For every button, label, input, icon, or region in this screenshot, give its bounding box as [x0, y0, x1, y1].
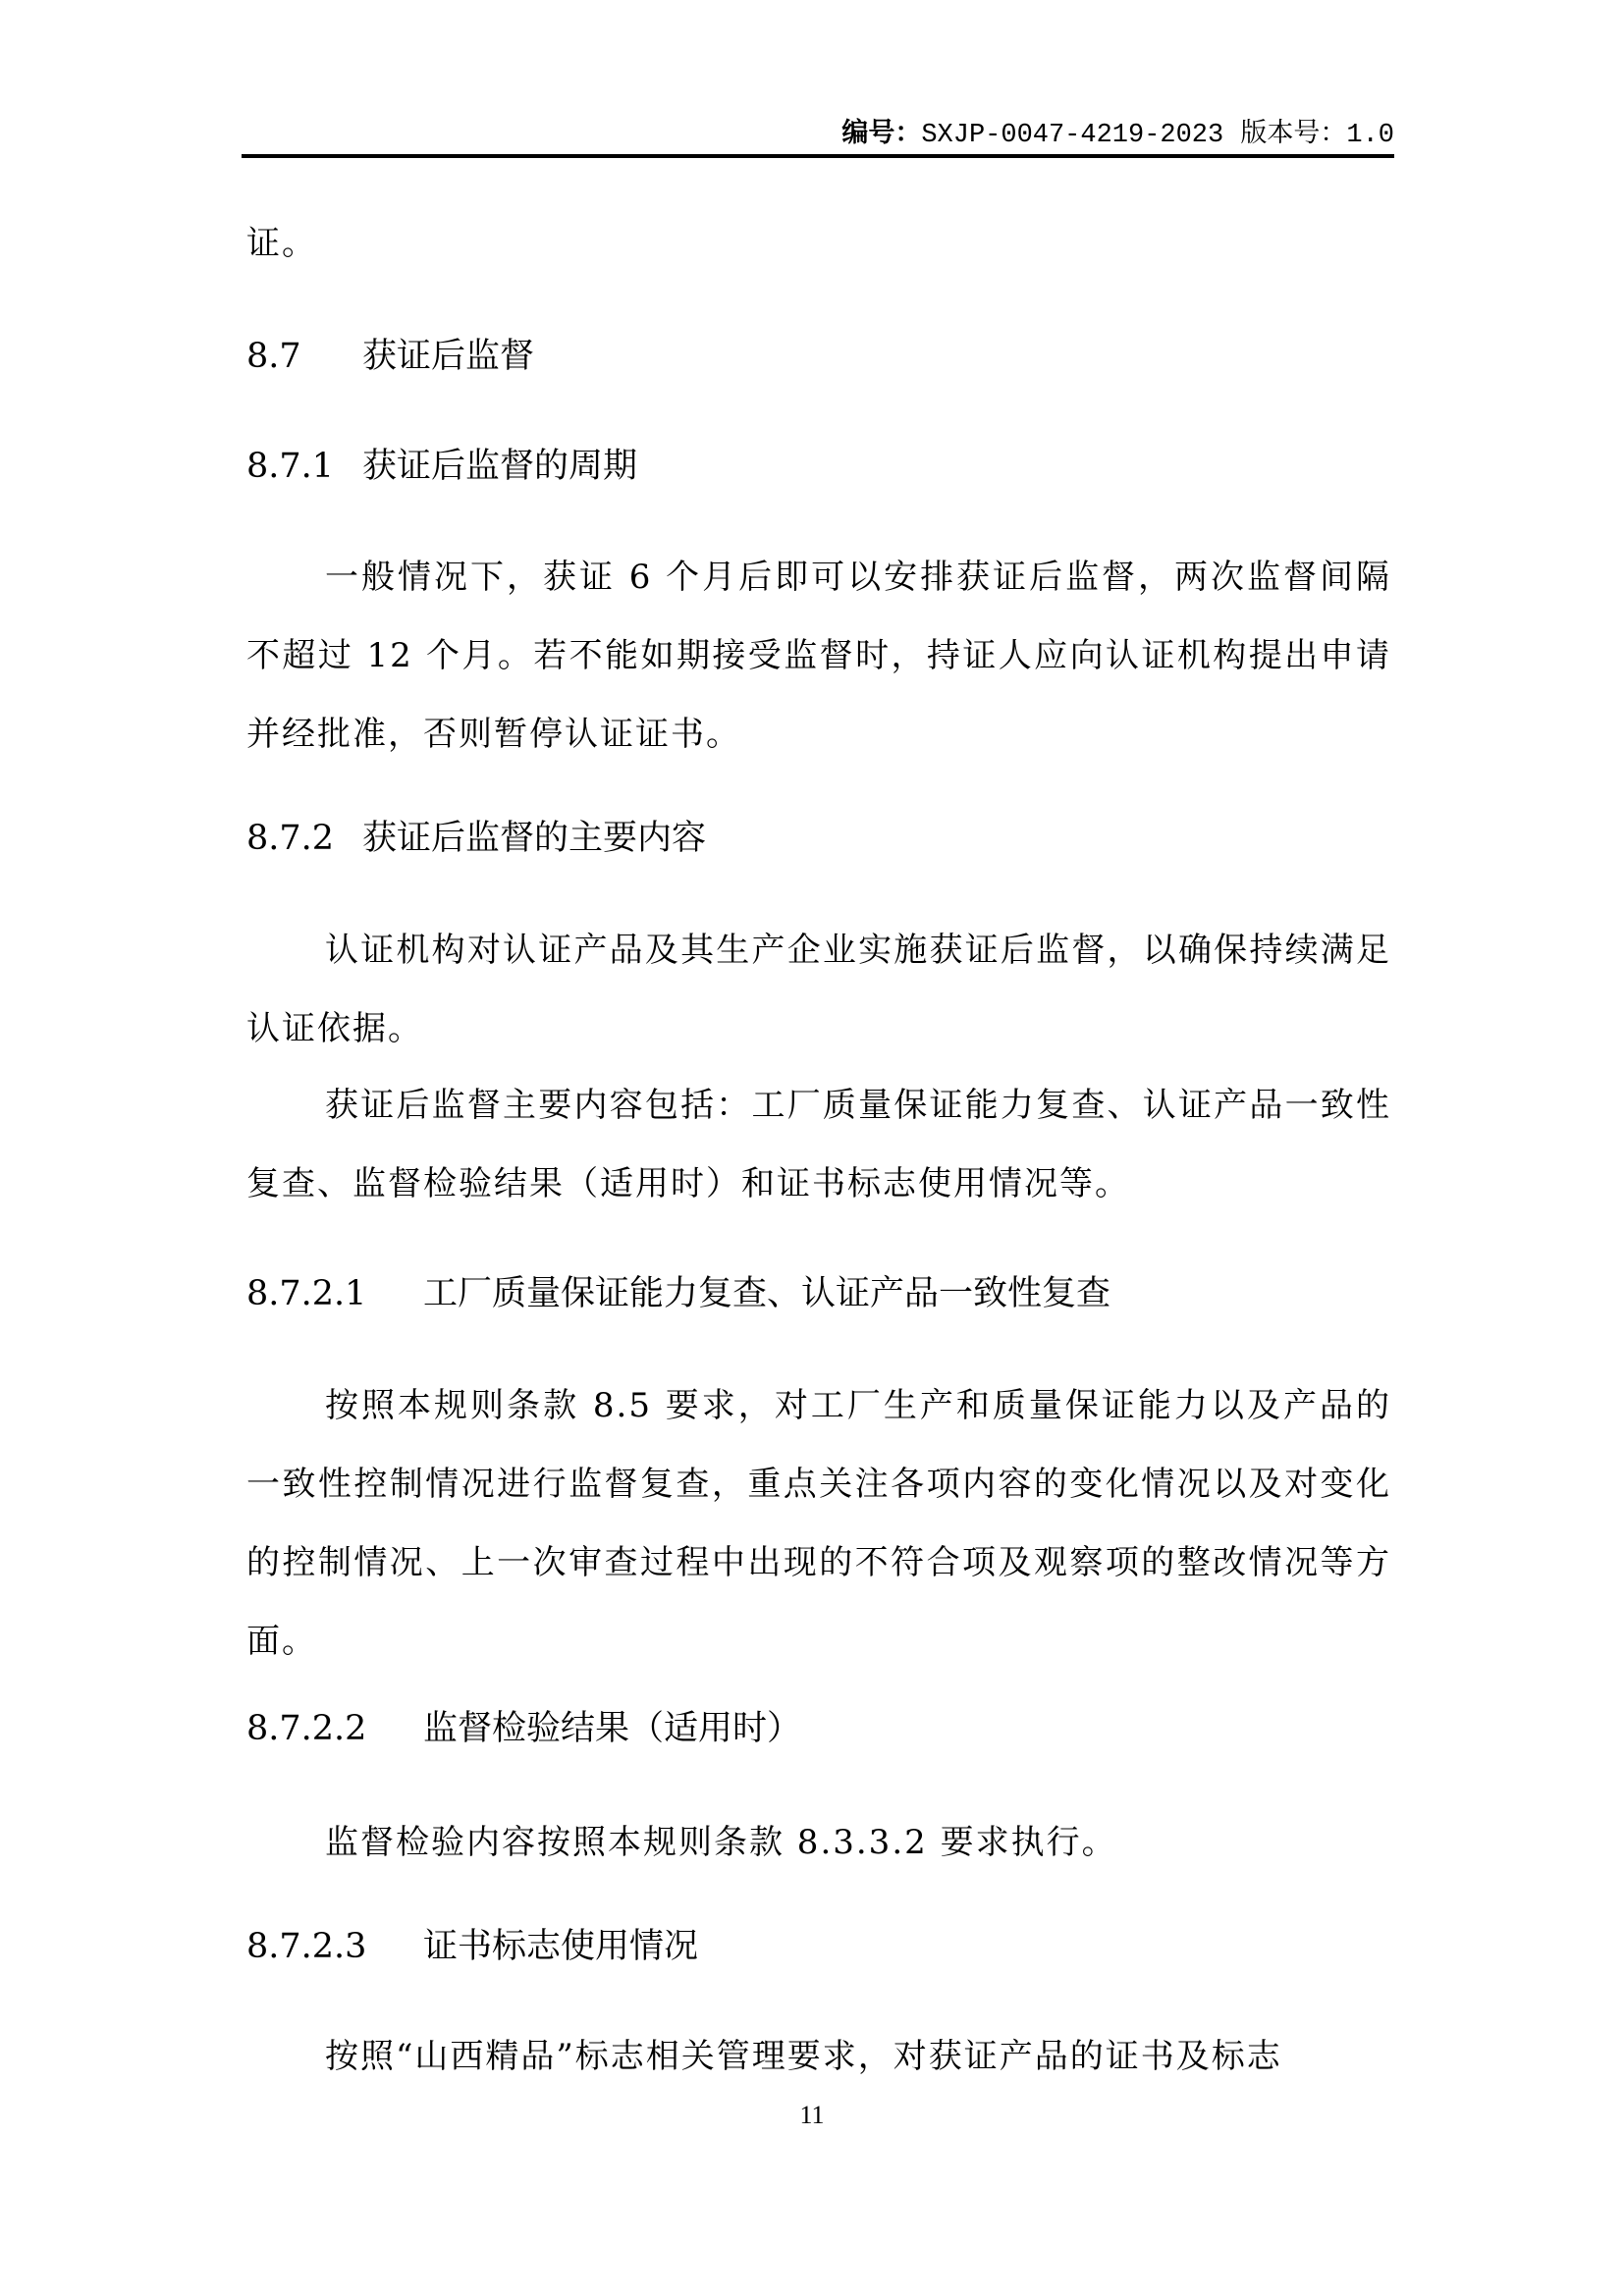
- paragraph-supervision-purpose: 认证机构对认证产品及其生产企业实施获证后监督，以确保持续满足认证依据。: [246, 911, 1391, 1068]
- section-title: 监督检验结果（适用时）: [423, 1709, 801, 1748]
- section-number: 8.7: [246, 337, 362, 376]
- section-heading-8-7-2-1: 8.7.2.1工厂质量保证能力复查、认证产品一致性复查: [246, 1274, 1391, 1313]
- paragraph-inspection-results: 监督检验内容按照本规则条款 8.3.3.2 要求执行。: [246, 1803, 1391, 1882]
- paragraph-factory-review: 按照本规则条款 8.5 要求，对工厂生产和质量保证能力以及产品的一致性控制情况进…: [246, 1366, 1391, 1681]
- section-title: 获证后监督的周期: [362, 447, 637, 486]
- section-number: 8.7.2.1: [246, 1274, 423, 1313]
- paragraph-certificate-mark-usage: 按照“山西精品”标志相关管理要求，对获证产品的证书及标志: [246, 2017, 1391, 2096]
- page-header: 编号：SXJP-0047-4219-2023 版本号：1.0: [242, 116, 1394, 153]
- section-heading-8-7: 8.7获证后监督: [246, 337, 1391, 376]
- section-heading-8-7-2-2: 8.7.2.2监督检验结果（适用时）: [246, 1709, 1391, 1748]
- section-number: 8.7.2.2: [246, 1709, 423, 1748]
- paragraph-supervision-content: 获证后监督主要内容包括：工厂质量保证能力复查、认证产品一致性复查、监督检验结果（…: [246, 1066, 1391, 1223]
- section-heading-8-7-2-3: 8.7.2.3证书标志使用情况: [246, 1927, 1391, 1966]
- page-number: 11: [0, 2101, 1624, 2130]
- section-number: 8.7.2: [246, 819, 362, 858]
- section-heading-8-7-1: 8.7.1获证后监督的周期: [246, 447, 1391, 486]
- section-title: 获证后监督的主要内容: [362, 819, 706, 858]
- section-heading-8-7-2: 8.7.2获证后监督的主要内容: [246, 819, 1391, 858]
- document-number: SXJP-0047-4219-2023: [921, 121, 1223, 150]
- section-title: 工厂质量保证能力复查、认证产品一致性复查: [423, 1274, 1110, 1313]
- document-number-label: 编号：: [841, 118, 921, 148]
- section-number: 8.7.2.3: [246, 1927, 423, 1966]
- version-label: 版本号：: [1240, 118, 1346, 148]
- section-title: 获证后监督: [362, 337, 534, 376]
- section-number: 8.7.1: [246, 447, 362, 486]
- continuation-text: 证。: [246, 204, 1391, 283]
- paragraph-supervision-cycle: 一般情况下，获证 6 个月后即可以安排获证后监督，两次监督间隔不超过 12 个月…: [246, 538, 1391, 774]
- header-divider: [242, 154, 1394, 158]
- version-number: 1.0: [1346, 121, 1394, 150]
- section-title: 证书标志使用情况: [423, 1927, 698, 1966]
